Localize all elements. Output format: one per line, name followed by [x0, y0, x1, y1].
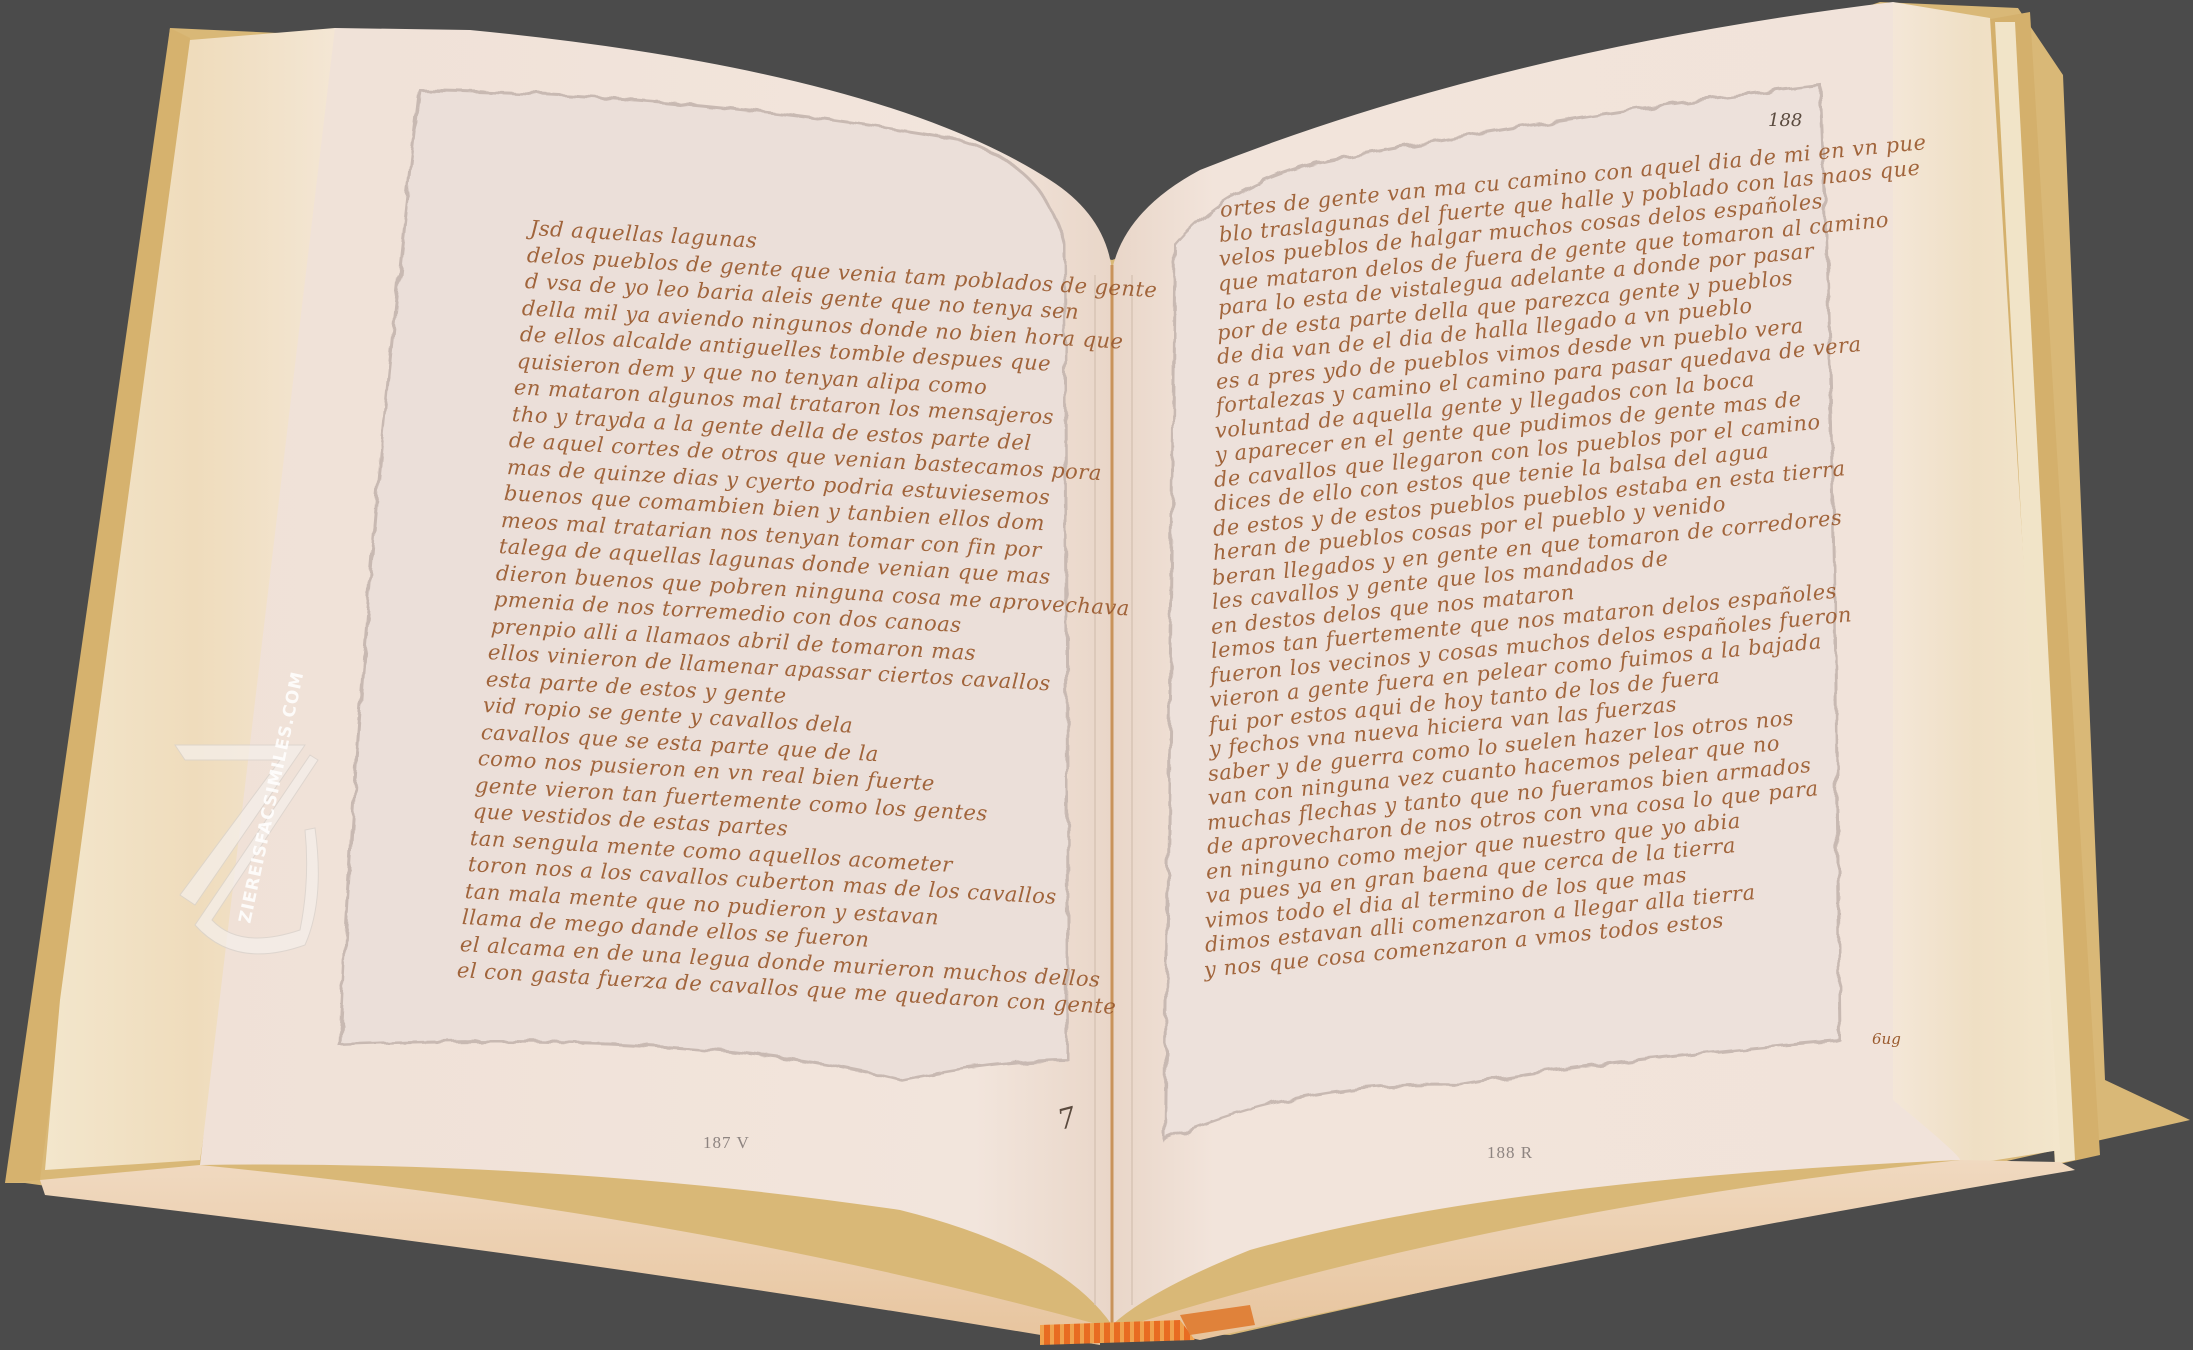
left-page-manuscript-text: Jsd aquellas lagunasdelos pueblos de gen…	[530, 218, 1070, 1018]
right-page-caption: 188 R	[1487, 1143, 1533, 1163]
right-page-manuscript-text: ortes de gente van ma cu camino con aque…	[1210, 200, 1810, 1000]
left-page-caption: 187 V	[703, 1133, 750, 1153]
open-book-illustration	[0, 0, 2193, 1350]
book-photo-scene: Jsd aquellas lagunasdelos pueblos de gen…	[0, 0, 2193, 1350]
right-page-bottom-mark: 6ug	[1872, 1030, 1901, 1048]
right-page-folio-number: 188	[1768, 110, 1802, 131]
